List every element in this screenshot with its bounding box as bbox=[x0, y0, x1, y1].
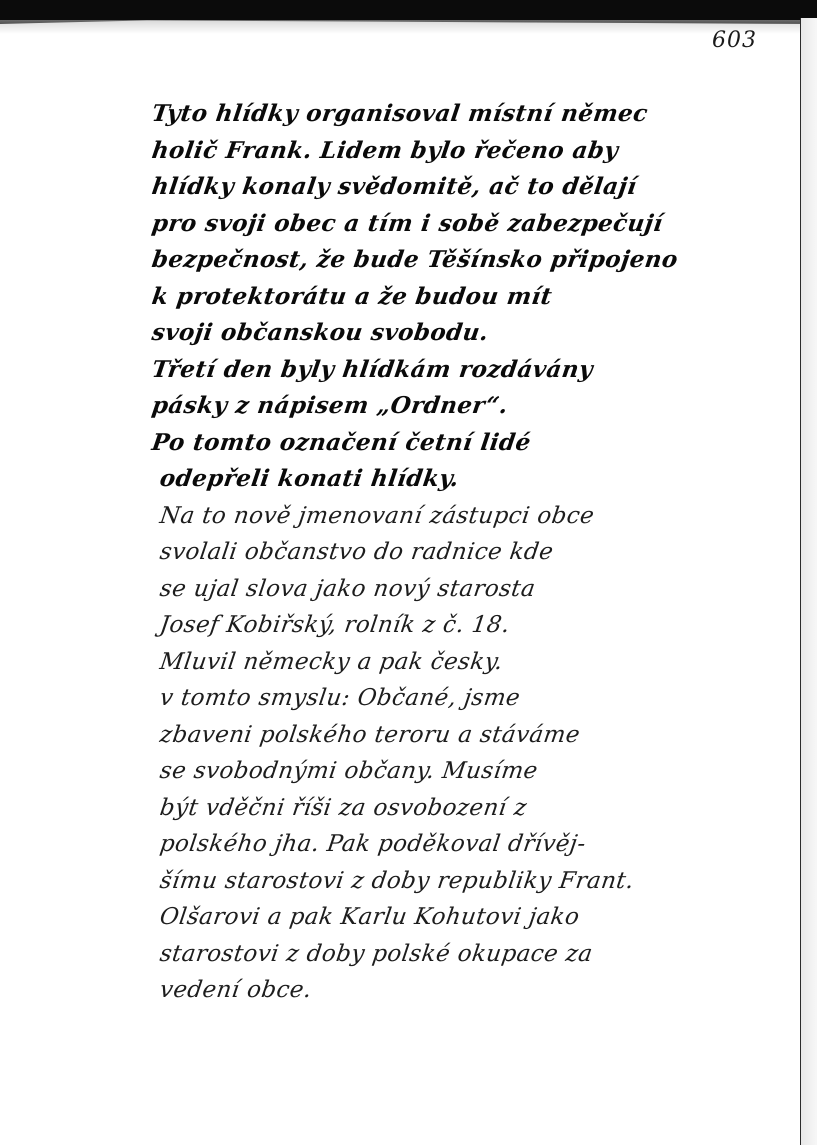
scan-right-margin bbox=[801, 18, 817, 1145]
text-line: bezpečnost, že bude Těšínsko připojeno bbox=[149, 242, 774, 279]
text-line: hlídky konaly svědomitě, ač to dělají bbox=[149, 169, 774, 206]
page-binding-edge bbox=[800, 18, 801, 1145]
text-line: zbaveni polského teroru a stáváme bbox=[149, 717, 774, 754]
text-line: šímu starostovi z doby republiky Frant. bbox=[149, 863, 774, 900]
text-line: pro svoji obec a tím i sobě zabezpečují bbox=[149, 206, 774, 243]
text-line: Josef Kobiřský, rolník z č. 18. bbox=[149, 607, 774, 644]
handwritten-text-block: Tyto hlídky organisoval místní němec hol… bbox=[152, 96, 772, 1009]
scan-top-shadow bbox=[0, 20, 805, 34]
text-line: svolali občanstvo do radnice kde bbox=[149, 534, 774, 571]
text-line: odepřeli konati hlídky. bbox=[149, 461, 774, 498]
text-line: v tomto smyslu: Občané, jsme bbox=[149, 680, 774, 717]
text-line: pásky z nápisem „Ordner“. bbox=[149, 388, 774, 425]
text-line: starostovi z doby polské okupace za bbox=[149, 936, 774, 973]
text-line: holič Frank. Lidem bylo řečeno aby bbox=[149, 133, 774, 170]
text-line: Tyto hlídky organisoval místní němec bbox=[149, 96, 774, 133]
page-number: 603 bbox=[712, 28, 757, 53]
text-line: svoji občanskou svobodu. bbox=[149, 315, 774, 352]
text-line: vedení obce. bbox=[149, 972, 774, 1009]
text-line: Olšarovi a pak Karlu Kohutovi jako bbox=[149, 899, 774, 936]
text-line: k protektorátu a že budou mít bbox=[149, 279, 774, 316]
text-line: Mluvil německy a pak česky. bbox=[149, 644, 774, 681]
text-line: se svobodnými občany. Musíme bbox=[149, 753, 774, 790]
text-line: se ujal slova jako nový starosta bbox=[149, 571, 774, 608]
text-line: Po tomto označení četní lidé bbox=[149, 425, 774, 462]
text-line: Na to nově jmenovaní zástupci obce bbox=[149, 498, 774, 535]
text-line: polského jha. Pak poděkoval dřívěj- bbox=[149, 826, 774, 863]
text-line: být vděčni říši za osvobození z bbox=[149, 790, 774, 827]
text-line: Třetí den byly hlídkám rozdávány bbox=[149, 352, 774, 389]
